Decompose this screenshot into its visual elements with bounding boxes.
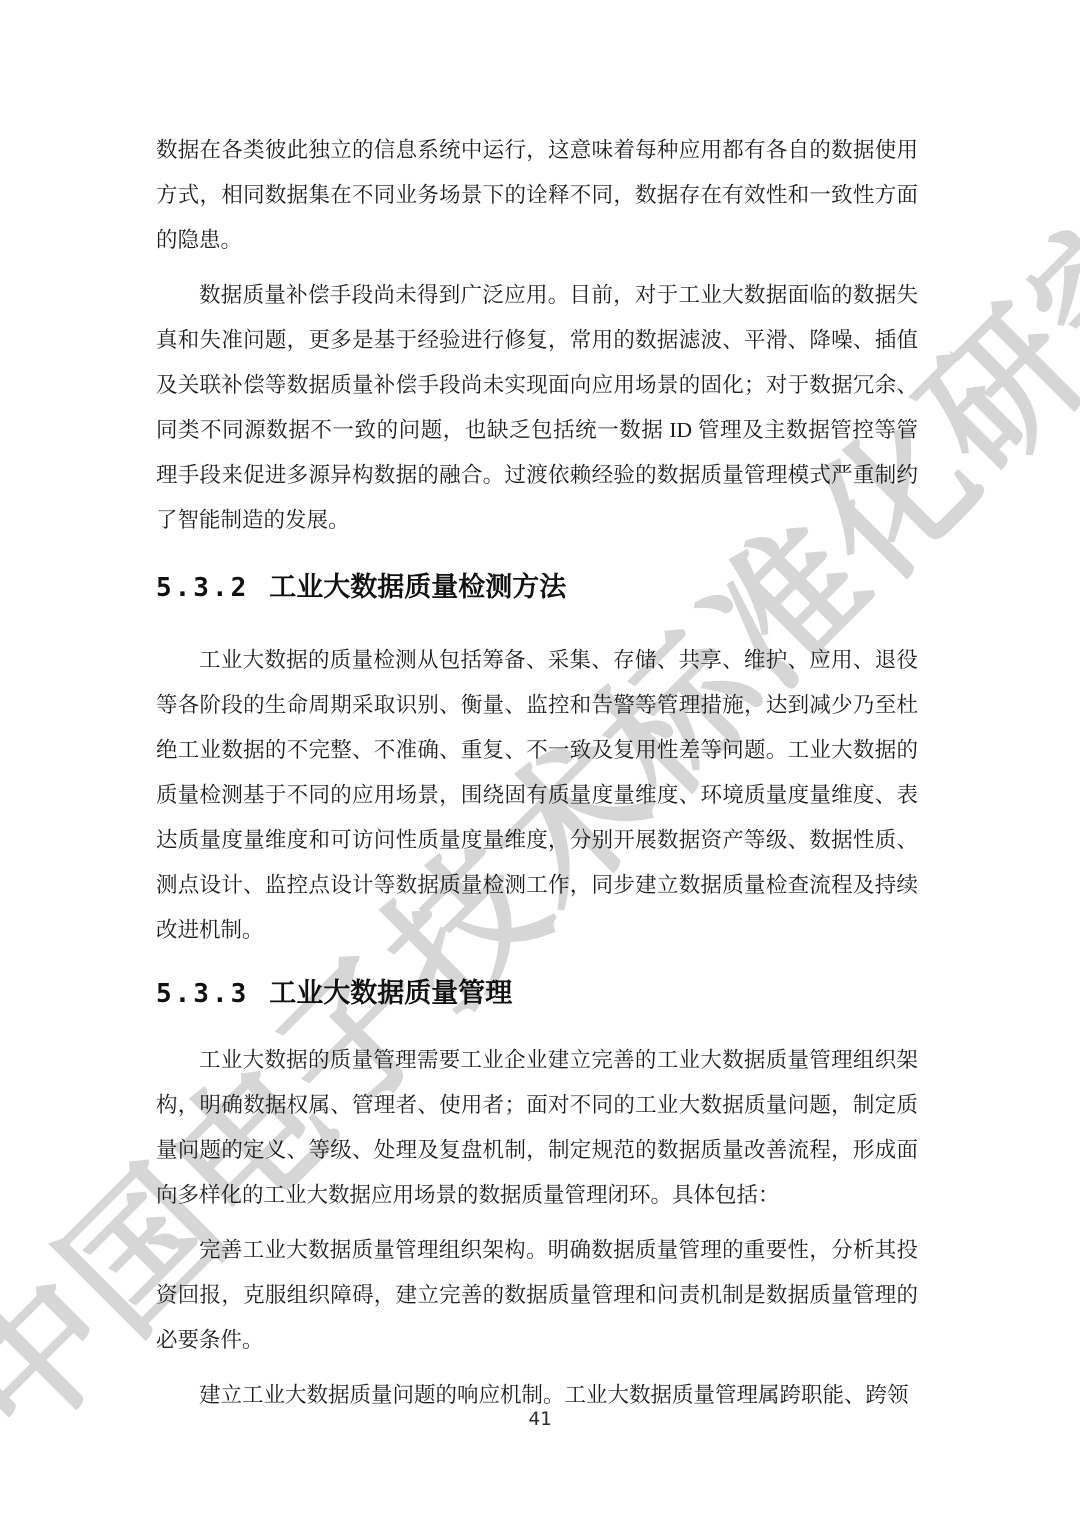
section-heading-533: 5.3.3 工业大数据质量管理: [156, 975, 918, 1012]
section-title-533: 工业大数据质量管理: [269, 975, 512, 1011]
paragraph-org-structure: 完善工业大数据质量管理组织架构。明确数据质量管理的重要性，分析其投资回报，克服组…: [156, 1228, 918, 1363]
page-content: 数据在各类彼此独立的信息系统中运行，这意味着每种应用都有各自的数据使用方式，相同…: [0, 0, 1080, 1418]
paragraph-quality-management-intro: 工业大数据的质量管理需要工业企业建立完善的工业大数据质量管理组织架构，明确数据权…: [156, 1038, 918, 1218]
page-number: 41: [529, 1408, 552, 1430]
paragraph-quality-compensation: 数据质量补偿手段尚未得到广泛应用。目前，对于工业大数据面临的数据失真和失准问题，…: [156, 273, 918, 543]
page-footer: 41: [0, 1408, 1080, 1430]
paragraph-quality-detection: 工业大数据的质量检测从包括筹备、采集、存储、共享、维护、应用、退役等各阶段的生命…: [156, 638, 918, 953]
document-page: 中国电子技术标准化研究院 数据在各类彼此独立的信息系统中运行，这意味着每种应用都…: [0, 0, 1080, 1527]
section-number-532: 5.3.2: [156, 570, 249, 606]
section-title-532: 工业大数据质量检测方法: [269, 569, 566, 605]
section-heading-532: 5.3.2 工业大数据质量检测方法: [156, 569, 918, 606]
section-number-533: 5.3.3: [156, 976, 249, 1012]
paragraph-data-silos: 数据在各类彼此独立的信息系统中运行，这意味着每种应用都有各自的数据使用方式，相同…: [156, 128, 918, 263]
